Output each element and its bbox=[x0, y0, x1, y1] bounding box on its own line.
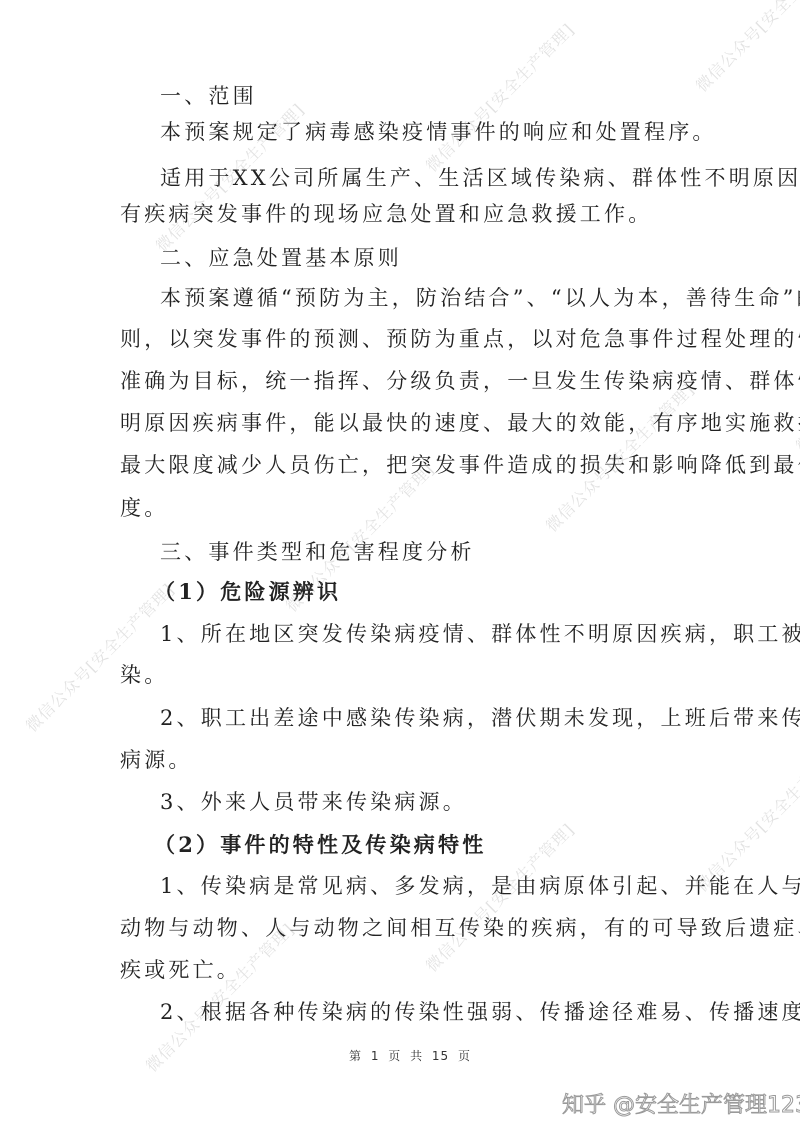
section-heading-event-types: 三、事件类型和危害程度分析 bbox=[160, 538, 720, 566]
paragraph-line: 3、外来人员带来传染病源。 bbox=[160, 788, 680, 816]
subheading-hazard-identification: （1）危险源辨识 bbox=[154, 578, 714, 606]
paragraph-line: 2、根据各种传染病的传染性强弱、传播途径难易、传播速度的 bbox=[160, 998, 680, 1026]
paragraph-line: 2、职工出差途中感染传染病，潜伏期未发现，上班后带来传染 bbox=[160, 704, 680, 732]
paragraph-line: 准确为目标，统一指挥、分级负责，一旦发生传染病疫情、群体性不 bbox=[120, 367, 680, 395]
subheading-event-characteristics: （2）事件的特性及传染病特性 bbox=[154, 831, 714, 859]
paragraph-line: 疾或死亡。 bbox=[120, 956, 680, 984]
paragraph-line: 本预案遵循“预防为主，防治结合”、“以人为本，善待生命”的原 bbox=[160, 284, 680, 312]
paragraph-line: 染。 bbox=[120, 661, 680, 689]
paragraph-line: 度。 bbox=[120, 494, 680, 522]
section-heading-scope: 一、范围 bbox=[160, 82, 720, 110]
paragraph-line: 动物与动物、人与动物之间相互传染的疾病，有的可导致后遗症、残 bbox=[120, 914, 680, 942]
paragraph-line: 1、所在地区突发传染病疫情、群体性不明原因疾病，职工被传 bbox=[160, 620, 680, 648]
page-number-footer: 第 1 页 共 15 页 bbox=[349, 1047, 471, 1064]
paragraph-line: 最大限度减少人员伤亡，把突发事件造成的损失和影响降低到最低程 bbox=[120, 451, 680, 479]
document-page: 一、范围 本预案规定了病毒感染疫情事件的响应和处置程序。 适用于XX公司所属生产… bbox=[0, 0, 800, 1132]
paragraph-line: 适用于XX公司所属生产、生活区域传染病、群体性不明原因所 bbox=[160, 164, 680, 192]
section-heading-principles: 二、应急处置基本原则 bbox=[160, 244, 720, 272]
paragraph-line: 病源。 bbox=[120, 746, 680, 774]
paragraph-line: 1、传染病是常见病、多发病，是由病原体引起、并能在人与人、 bbox=[160, 872, 680, 900]
paragraph-line: 则，以突发事件的预测、预防为重点，以对危急事件过程处理的快捷 bbox=[120, 325, 680, 353]
paragraph-line: 有疾病突发事件的现场应急处置和应急救援工作。 bbox=[120, 200, 680, 228]
paragraph-line: 本预案规定了病毒感染疫情事件的响应和处置程序。 bbox=[160, 118, 680, 146]
paragraph-line: 明原因疾病事件，能以最快的速度、最大的效能，有序地实施救援， bbox=[120, 409, 680, 437]
